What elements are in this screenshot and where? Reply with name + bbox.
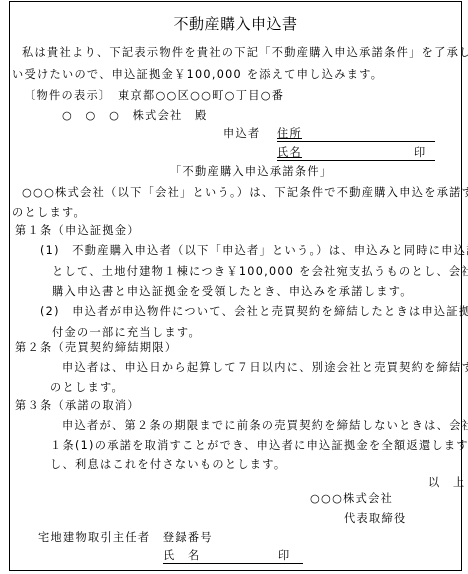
broker-name-label: 氏 名	[163, 549, 200, 563]
representative-title: 代表取締役	[344, 512, 406, 526]
article-1-line: (1) 不動産購入申込者（以下「申込者」という。）は、申込みと同時に申込証拠金	[40, 244, 468, 258]
conditions-title: 「不動産購入申込承諾条件」	[170, 165, 332, 179]
article-1-line: として、土地付建物１棟につき￥100,000 を会社宛支払うものとし、会社は不動…	[52, 265, 468, 279]
article-3-heading: 第３条（承諾の取消）	[15, 399, 140, 413]
application-form: 不動産購入申込書 私は貴社より、下記表示物件を貴社の下記「不動産購入申込承諾条件…	[9, 1, 462, 571]
name-underline[interactable]	[277, 160, 435, 161]
article-3-line: 申込者が、第２条の期限までに前条の売買契約を締結しないときは、会社は第	[62, 419, 468, 433]
article-3-line: １条(1)の承諾を取消すことができ、申込者に申込証拠金を全額返還します。ただ	[50, 439, 468, 453]
company-name: ○○○株式会社	[310, 492, 393, 506]
article-2-heading: 第２条（売買契約締結期限）	[15, 341, 177, 355]
intro-line-2: い受けたいので、申込証拠金￥100,000 を添えて申し込みます。	[12, 68, 383, 82]
document-title: 不動産購入申込書	[10, 13, 461, 34]
applicant-address-label: 住所	[277, 127, 302, 141]
article-1-heading: 第１条（申込証拠金）	[15, 224, 140, 238]
article-3-line: し、利息はこれを付さないものとします。	[50, 458, 286, 472]
property-address: 東京都○○区○○町○丁目○番	[118, 89, 284, 103]
broker-label: 宅地建物取引主任者 登録番号	[38, 531, 213, 545]
intro-line-1: 私は貴社より、下記表示物件を貴社の下記「不動産購入申込承諾条件」を了承して買	[22, 46, 468, 60]
property-label: 〔物件の表示〕	[24, 89, 111, 103]
closing-text: 以 上	[428, 476, 465, 490]
address-underline[interactable]	[277, 141, 435, 142]
addressee: ○ ○ ○ 株式会社 殿	[62, 109, 208, 123]
conditions-intro-line-1: ○○○株式会社（以下「会社」という。）は、下記条件で不動産購入申込を承諾するも	[22, 186, 468, 200]
article-1-line: 購入申込書と申込証拠金を受領したとき、申込みを承諾します。	[52, 285, 413, 299]
article-1-line: (2) 申込者が申込物件について、会社と売買契約を締結したときは申込証拠金を手	[40, 305, 468, 319]
applicant-label: 申込者	[223, 127, 260, 141]
article-1-line: 付金の一部に充当します。	[52, 326, 201, 340]
article-2-line: 申込者は、申込日から起算して７日以内に、別途会社と売買契約を締結するも	[62, 361, 468, 375]
applicant-seal: 印	[414, 146, 427, 160]
applicant-name-label: 氏名	[277, 146, 302, 160]
conditions-intro-line-2: のとします。	[12, 206, 86, 220]
broker-seal: 印	[278, 549, 291, 563]
article-2-line: のとします。	[50, 381, 124, 395]
broker-name-underline[interactable]	[163, 563, 303, 564]
